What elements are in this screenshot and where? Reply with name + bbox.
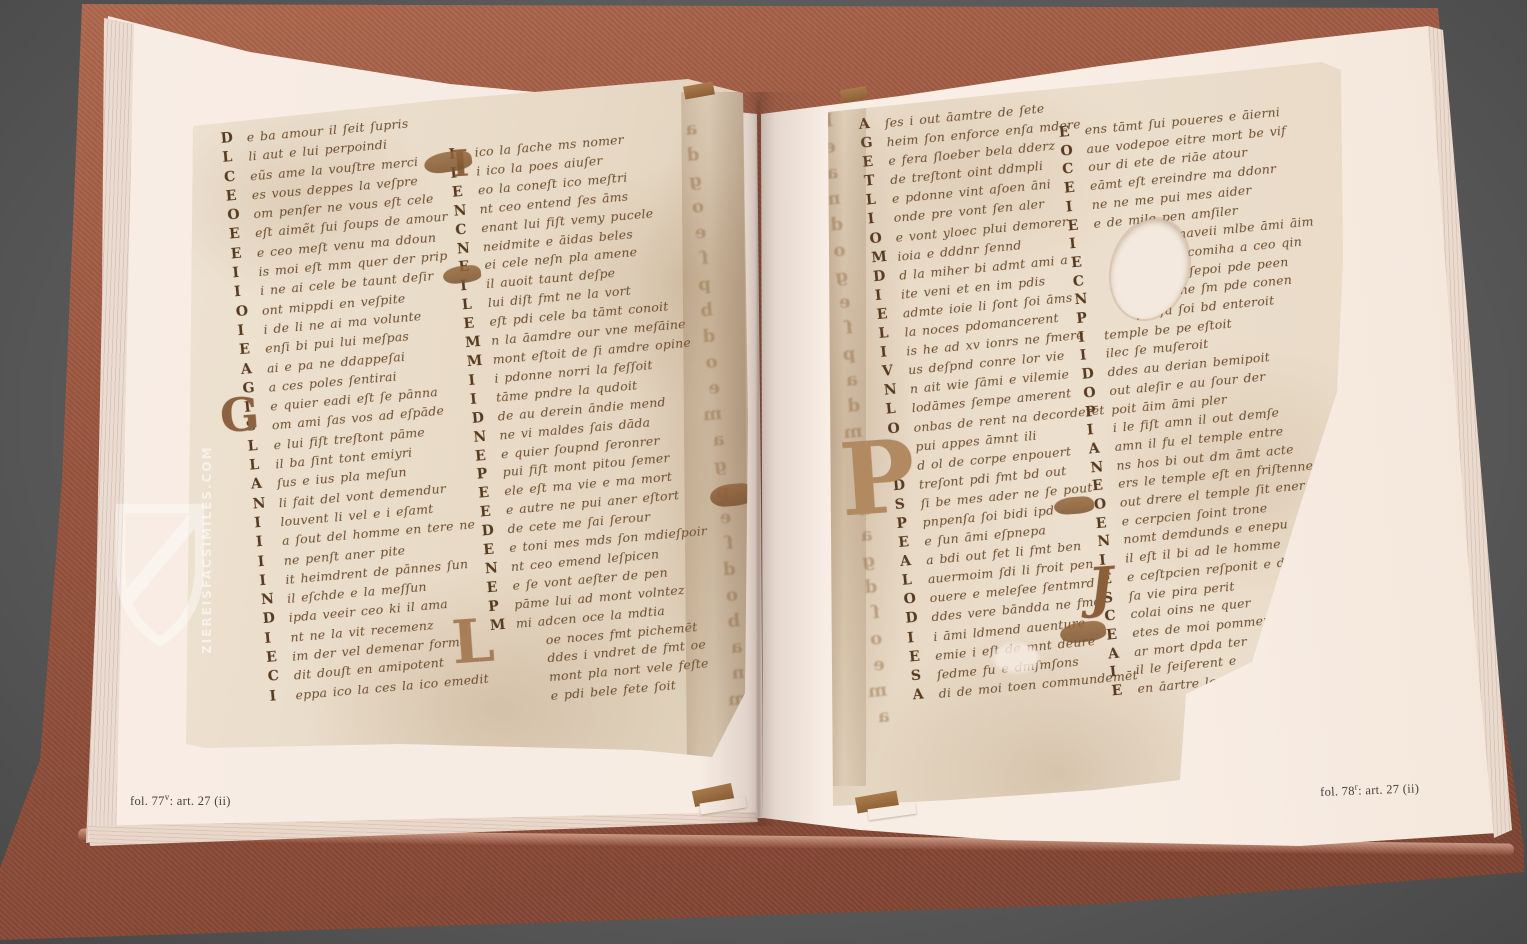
caption-left-prefix: fol. 77 — [130, 794, 165, 808]
worn-spot — [993, 643, 1039, 673]
gutter-shadow — [700, 92, 826, 826]
folio-corner-tab — [840, 86, 868, 103]
photo-open-facsimile-book: D L C E O E E I I O I E A G I S L L A N … — [0, 0, 1527, 944]
caption-left-folio: fol. 77v: art. 27 (ii) — [130, 790, 231, 809]
caption-right-suffix: : art. 27 (ii) — [1358, 781, 1420, 797]
caption-right-folio: fol. 78r: art. 27 (ii) — [1320, 777, 1420, 800]
caption-left-suffix: : art. 27 (ii) — [170, 794, 231, 808]
gutter-crease — [757, 100, 760, 818]
caption-right-prefix: fol. 78 — [1320, 784, 1355, 799]
parchment-hole — [1099, 210, 1200, 329]
